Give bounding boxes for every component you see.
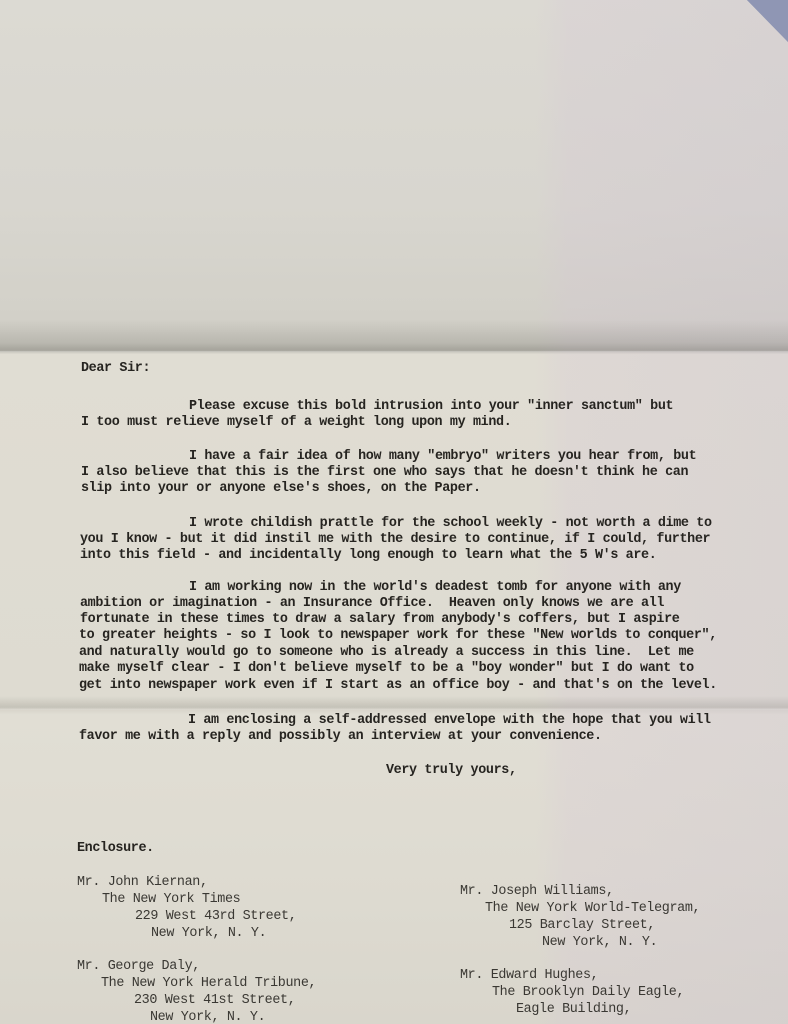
recipient-street: Eagle Building, (516, 1002, 631, 1018)
recipient-name: Mr. Edward Hughes, (460, 968, 598, 984)
recipient-city: New York, N. Y. (151, 926, 266, 942)
salutation: Dear Sir: (81, 361, 150, 377)
paragraph-line: you I know - but it did instil me with t… (80, 532, 710, 548)
recipient-street: 230 West 41st Street, (134, 993, 295, 1009)
recipient-paper: The New York Times (102, 892, 240, 908)
recipient-paper: The Brooklyn Daily Eagle, (492, 985, 684, 1001)
recipient-street: 229 West 43rd Street, (135, 909, 296, 925)
recipient-paper: The New York Herald Tribune, (101, 976, 316, 992)
paragraph-line: I wrote childish prattle for the school … (189, 516, 712, 532)
paragraph-line: into this field - and incidentally long … (80, 548, 656, 564)
recipient-paper: The New York World-Telegram, (485, 901, 700, 917)
paragraph-line: slip into your or anyone else's shoes, o… (81, 481, 481, 497)
paragraph-line: Please excuse this bold intrusion into y… (189, 399, 673, 415)
paragraph-line: I have a fair idea of how many "embryo" … (189, 449, 696, 465)
paragraph-line: I am enclosing a self-addressed envelope… (188, 713, 711, 729)
recipient-name: Mr. John Kiernan, (77, 875, 208, 891)
recipient-name: Mr. George Daly, (77, 959, 200, 975)
recipient-city: New York, N. Y. (542, 935, 657, 951)
paragraph-line: to greater heights - so I look to newspa… (79, 628, 717, 644)
paragraph-line: I also believe that this is the first on… (81, 465, 688, 481)
paragraph-line: fortunate in these times to draw a salar… (80, 612, 680, 628)
closing: Very truly yours, (386, 763, 517, 779)
paragraph-line: make myself clear - I don't believe myse… (79, 661, 694, 677)
recipient-street: 125 Barclay Street, (509, 918, 655, 934)
letter-paper (0, 0, 788, 1024)
paragraph-line: I am working now in the world's deadest … (189, 580, 681, 596)
paragraph-line: get into newspaper work even if I start … (79, 678, 717, 694)
recipient-city: New York, N. Y. (150, 1010, 265, 1024)
paragraph-line: favor me with a reply and possibly an in… (79, 729, 602, 745)
paragraph-line: ambition or imagination - an Insurance O… (80, 596, 664, 612)
recipient-name: Mr. Joseph Williams, (460, 884, 614, 900)
enclosure-note: Enclosure. (77, 841, 154, 857)
paragraph-line: I too must relieve myself of a weight lo… (81, 415, 511, 431)
paragraph-line: and naturally would go to someone who is… (79, 645, 694, 661)
